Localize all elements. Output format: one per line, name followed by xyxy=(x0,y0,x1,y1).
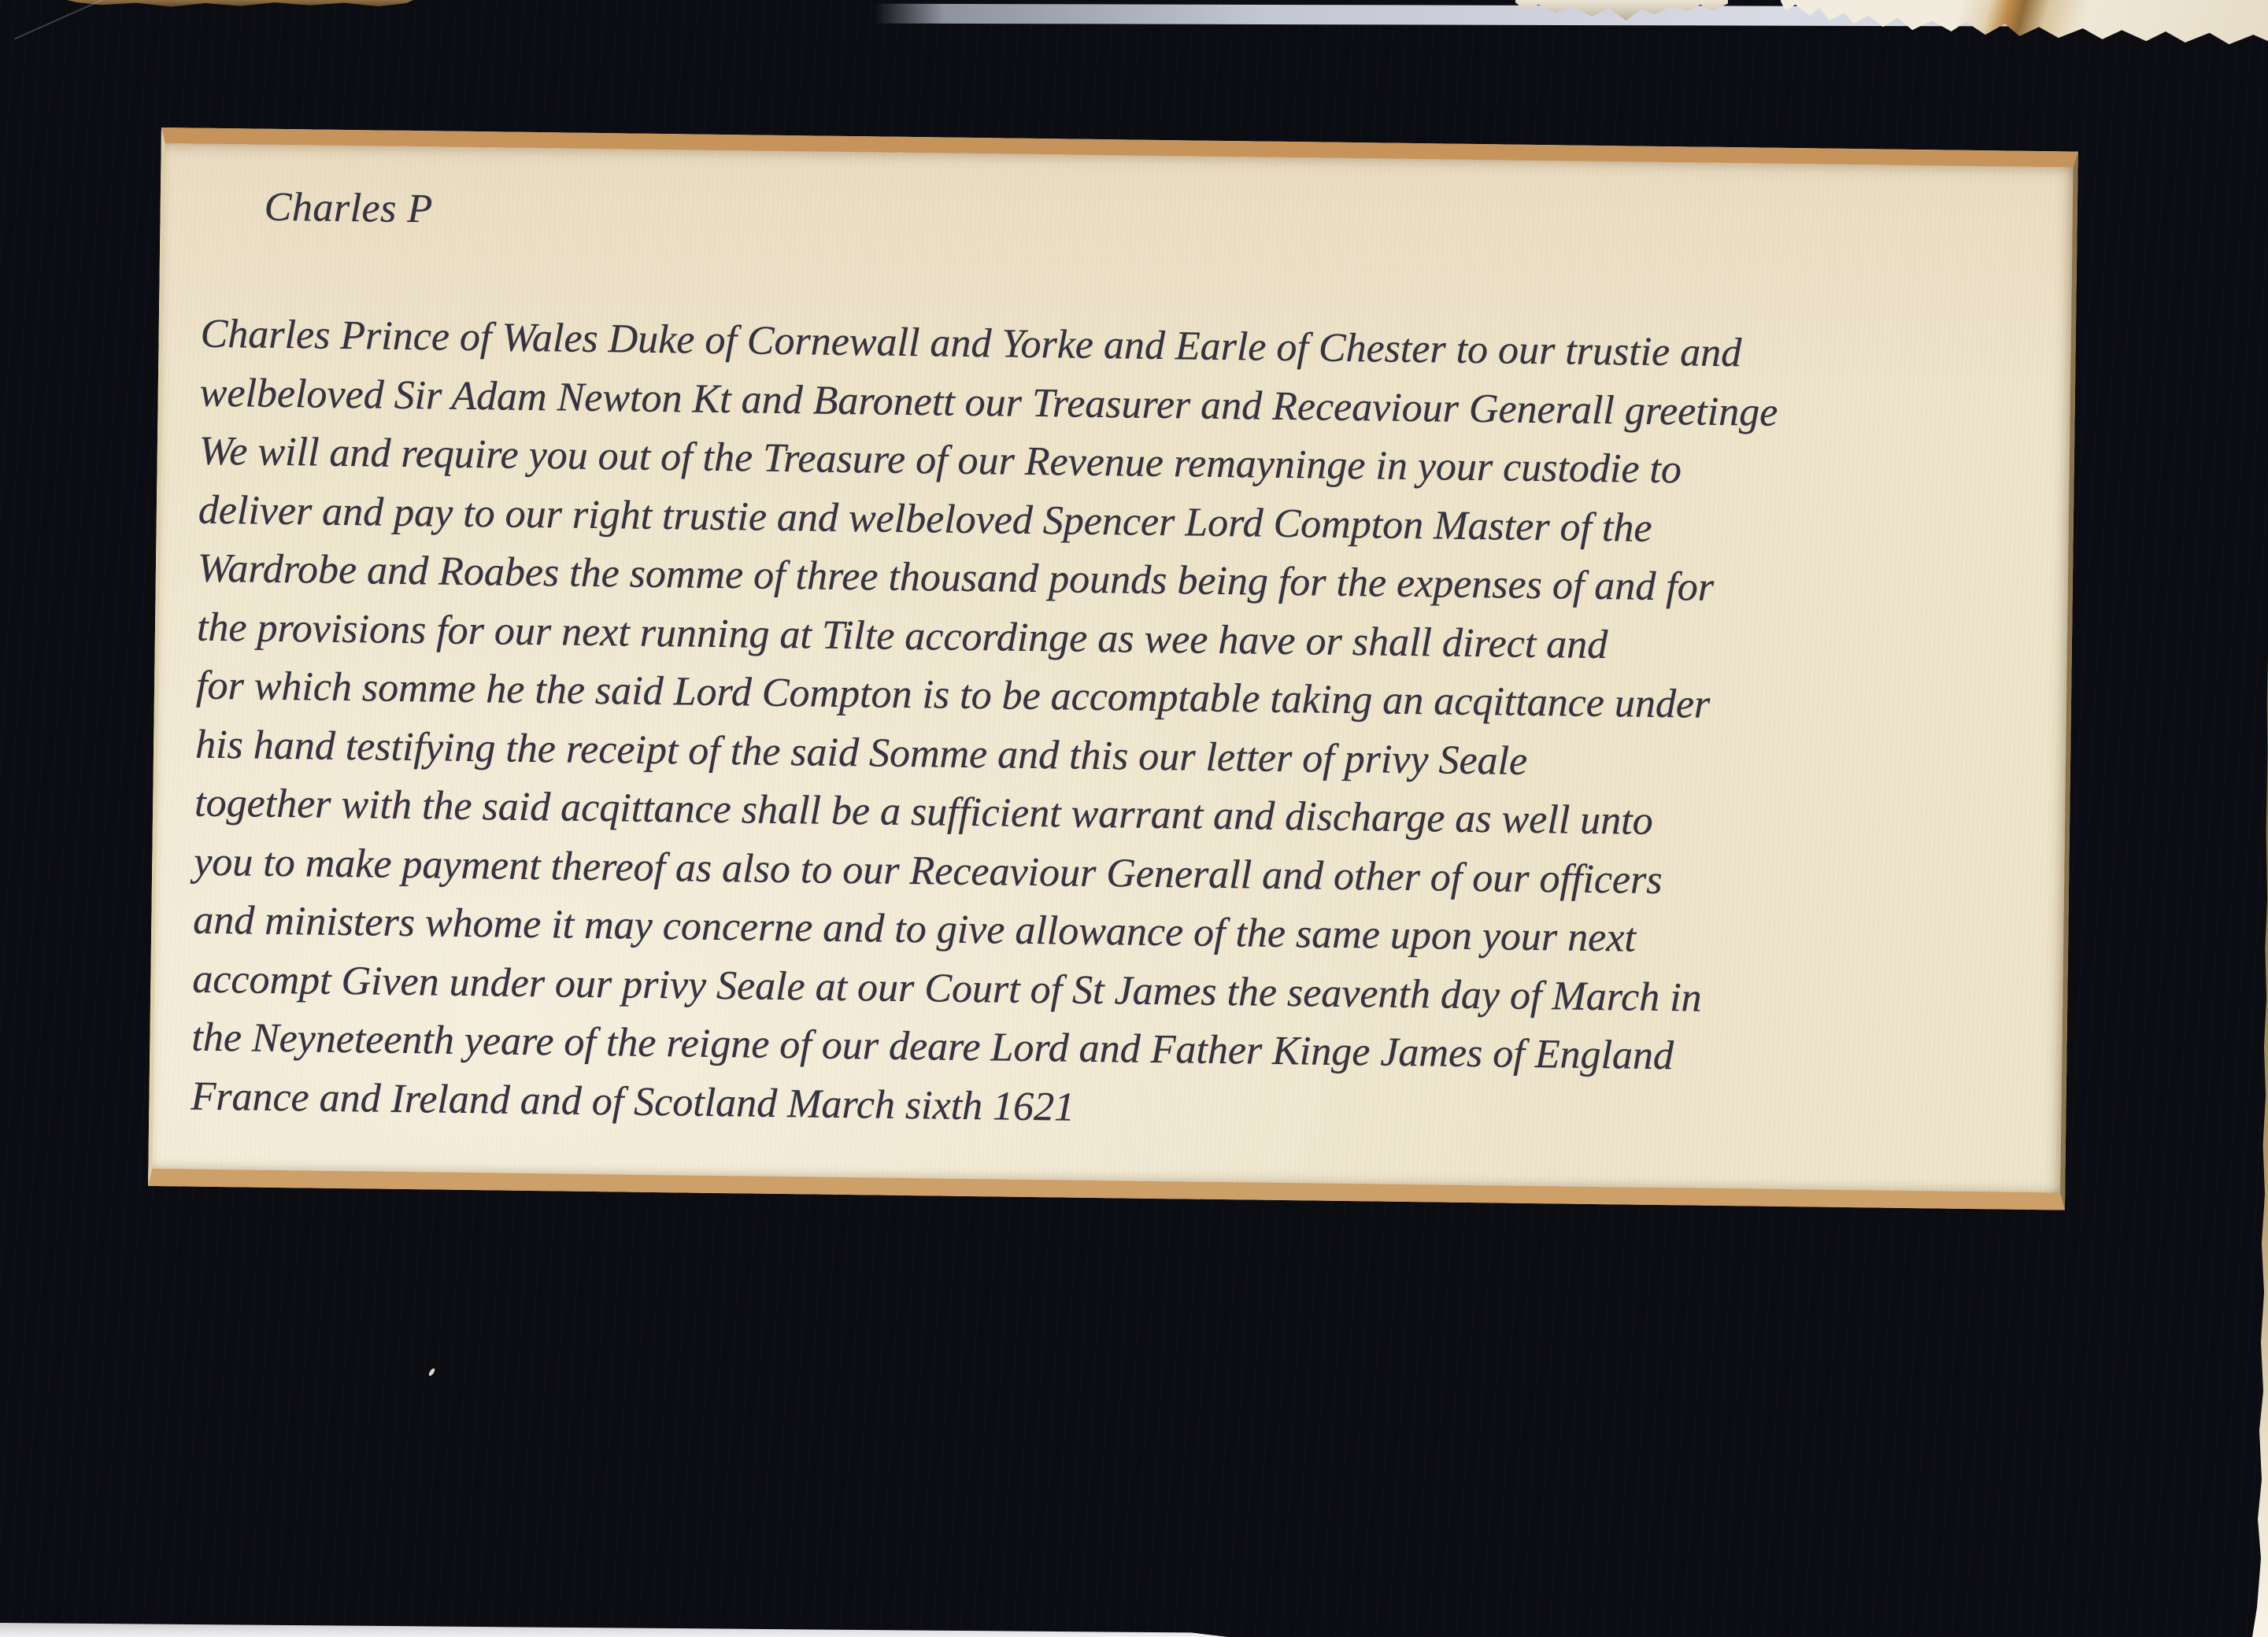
dust-speck xyxy=(427,1368,435,1377)
torn-paper-fragment-large xyxy=(1781,0,2268,46)
manuscript-body: Charles Prince of Wales Duke of Cornewal… xyxy=(191,305,2055,1150)
scanned-album-page: Charles P Charles Prince of Wales Duke o… xyxy=(0,0,2268,1637)
torn-mat-top-edge xyxy=(67,0,413,7)
torn-mat-right-edge xyxy=(2252,653,2268,1637)
scratch-mark xyxy=(14,0,123,39)
signature-heading: Charles P xyxy=(264,184,433,233)
scanner-strip-bottom xyxy=(0,1621,1228,1637)
manuscript-paper: Charles P Charles Prince of Wales Duke o… xyxy=(148,127,2078,1210)
